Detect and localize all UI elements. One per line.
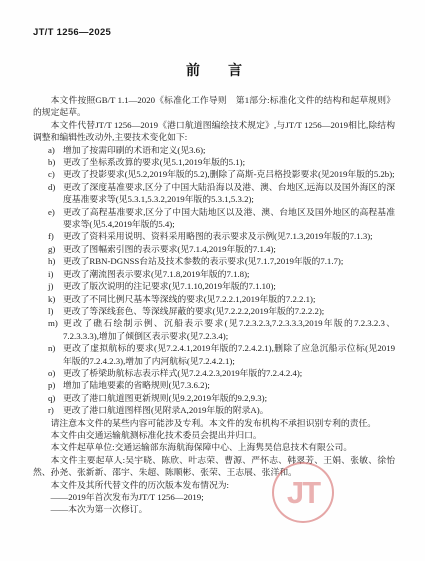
list-item-label: p) bbox=[48, 379, 55, 391]
drafting-org-line: 本文件起草单位:交通运输部东海航海保障中心、上海隽昊信息技术有限公司。 bbox=[33, 441, 395, 453]
list-item: l)更改了等深线套色、等深线屏蔽的要求(见7.2.2.2,2019年版的7.2.… bbox=[33, 305, 395, 317]
list-item-label: j) bbox=[48, 280, 53, 292]
list-item: i)更改了潮流图表示要求(见7.1.8,2019年版的7.1.8); bbox=[33, 268, 395, 280]
list-item-text: 更改了港口航道图更新规则(见9.2,2019年版的9.2,9.3); bbox=[63, 393, 267, 403]
list-item-text: 更改了虚拟航标的要求(见7.2.4.1,2019年版的7.2.4.2.1),删除… bbox=[63, 343, 395, 365]
list-item-label: m) bbox=[48, 317, 58, 329]
list-item: m)更改了礁石绘制示例、沉船表示要求(见7.2.3.2.3,7.2.3.3.3,… bbox=[33, 317, 395, 342]
list-item-text: 更改了桥梁助航标志表示样式(见7.2.4.2.3,2019年版的7.2.4.2.… bbox=[63, 368, 302, 378]
list-item: g)更改了图幅索引图的表示要求(见7.1.4,2019年版的7.1.4); bbox=[33, 243, 395, 255]
technical-changes-list: a)增加了按需印刷的术语和定义(见3.6); b)更改了坐标系改算的要求(见5.… bbox=[33, 144, 395, 417]
list-item-text: 更改了资料采用说明、资料采用略图的表示要求及示例(见7.1.3,2019年版的7… bbox=[63, 231, 373, 241]
list-item-text: 增加了陆地要素的省略规则(见7.3.6.2); bbox=[63, 380, 210, 390]
list-item-label: o) bbox=[48, 367, 55, 379]
list-item-label: f) bbox=[48, 230, 54, 242]
list-item-label: a) bbox=[48, 144, 55, 156]
list-item: c)更改了投影要求(见5.2,2019年版的5.2),删除了高斯-克吕格投影要求… bbox=[33, 168, 395, 180]
list-item-label: n) bbox=[48, 342, 55, 354]
list-item-text: 更改了不同比例尺基本等深线的要求(见7.2.2.1,2019年版的7.2.2.1… bbox=[63, 294, 315, 304]
list-item-text: 更改了港口航道图样图(见附录A,2019年版的附录A)。 bbox=[63, 405, 269, 415]
list-item: q)更改了港口航道图更新规则(见9.2,2019年版的9.2,9.3); bbox=[33, 392, 395, 404]
list-item-label: g) bbox=[48, 243, 55, 255]
list-item-label: e) bbox=[48, 206, 55, 218]
patent-notice: 请注意本文件的某些内容可能涉及专利。本文件的发布机构不承担识别专利的责任。 bbox=[33, 417, 395, 429]
list-item-label: c) bbox=[48, 168, 55, 180]
history-item: ——本次为第一次修订。 bbox=[33, 503, 395, 515]
history-item: ——2019年首次发布为JT/T 1256—2019; bbox=[33, 491, 395, 503]
list-item-text: 更改了RBN-DGNSS台站及技术参数的表示要求(见7.1.7,2019年版的7… bbox=[63, 256, 343, 266]
list-item-text: 更改了投影要求(见5.2,2019年版的5.2),删除了高斯-克吕格投影要求(见… bbox=[63, 169, 395, 179]
list-item-text: 更改了坐标系改算的要求(见5.1,2019年版的5.1); bbox=[63, 157, 245, 167]
list-item: j)更改了版次说明的注记要求(见7.1.10,2019年版的7.1.10); bbox=[33, 280, 395, 292]
list-item: n)更改了虚拟航标的要求(见7.2.4.1,2019年版的7.2.4.2.1),… bbox=[33, 342, 395, 367]
list-item: f)更改了资料采用说明、资料采用略图的表示要求及示例(见7.1.3,2019年版… bbox=[33, 230, 395, 242]
list-item-label: d) bbox=[48, 181, 55, 193]
list-item-text: 更改了潮流图表示要求(见7.1.8,2019年版的7.1.8); bbox=[63, 269, 249, 279]
list-item-text: 增加了按需印刷的术语和定义(见3.6); bbox=[63, 145, 205, 155]
list-item: r)更改了港口航道图样图(见附录A,2019年版的附录A)。 bbox=[33, 404, 395, 416]
list-item: b)更改了坐标系改算的要求(见5.1,2019年版的5.1); bbox=[33, 156, 395, 168]
list-item-text: 更改了等深线套色、等深线屏蔽的要求(见7.2.2.2,2019年版的7.2.2.… bbox=[63, 306, 324, 316]
drafters-line: 本文件主要起草人:吴宇晓、陈欣、叶志荣、曹源、严怀志、韩翠芳、王娟、张敏、徐怡然… bbox=[33, 454, 395, 479]
list-item-label: r) bbox=[48, 404, 54, 416]
list-item-label: q) bbox=[48, 392, 55, 404]
list-item: a)增加了按需印刷的术语和定义(见3.6); bbox=[33, 144, 395, 156]
list-item-text: 更改了高程基准要求,区分了中国大陆地区以及港、澳、台地区及国外地区的高程基准要求… bbox=[63, 207, 395, 229]
history-intro-line: 本文件及其所代替文件的历次版本发布情况为: bbox=[33, 479, 395, 491]
list-item-label: b) bbox=[48, 156, 55, 168]
intro-paragraph-1: 本文件按照GB/T 1.1—2020《标准化工作导则 第1部分:标准化文件的结构… bbox=[33, 94, 395, 119]
list-item: d)更改了深度基准要求,区分了中国大陆沿海以及港、澳、台地区,远海以及国外海区的… bbox=[33, 181, 395, 206]
list-item: o)更改了桥梁助航标志表示样式(见7.2.4.2.3,2019年版的7.2.4.… bbox=[33, 367, 395, 379]
list-item-label: i) bbox=[48, 268, 53, 280]
intro-paragraph-2: 本文件代替JT/T 1256—2019《港口航道图编绘技术规定》,与JT/T 1… bbox=[33, 119, 395, 144]
list-item: h)更改了RBN-DGNSS台站及技术参数的表示要求(见7.1.7,2019年版… bbox=[33, 255, 395, 267]
document-body: 本文件按照GB/T 1.1—2020《标准化工作导则 第1部分:标准化文件的结构… bbox=[33, 94, 395, 516]
list-item-label: h) bbox=[48, 255, 55, 267]
page-title: 前 言 bbox=[33, 62, 395, 78]
list-item-text: 更改了礁石绘制示例、沉船表示要求(见7.2.3.2.3,7.2.3.3.3,20… bbox=[63, 318, 395, 340]
list-item-text: 更改了版次说明的注记要求(见7.1.10,2019年版的7.1.10); bbox=[63, 281, 276, 291]
list-item: k)更改了不同比例尺基本等深线的要求(见7.2.2.1,2019年版的7.2.2… bbox=[33, 293, 395, 305]
list-item-text: 更改了图幅索引图的表示要求(见7.1.4,2019年版的7.1.4); bbox=[63, 244, 276, 254]
list-item-label: k) bbox=[48, 293, 55, 305]
list-item-label: l) bbox=[48, 305, 53, 317]
list-item: e)更改了高程基准要求,区分了中国大陆地区以及港、澳、台地区及国外地区的高程基准… bbox=[33, 206, 395, 231]
list-item: p)增加了陆地要素的省略规则(见7.3.6.2); bbox=[33, 379, 395, 391]
document-number: JT/T 1256—2025 bbox=[33, 27, 395, 38]
list-item-text: 更改了深度基准要求,区分了中国大陆沿海以及港、澳、台地区,远海以及国外海区的深度… bbox=[63, 182, 395, 204]
committee-line: 本文件由交通运输航测标准化技术委员会提出并归口。 bbox=[33, 429, 395, 441]
standard-document-page: JT/T 1256—2025 前 言 本文件按照GB/T 1.1—2020《标准… bbox=[0, 0, 425, 561]
